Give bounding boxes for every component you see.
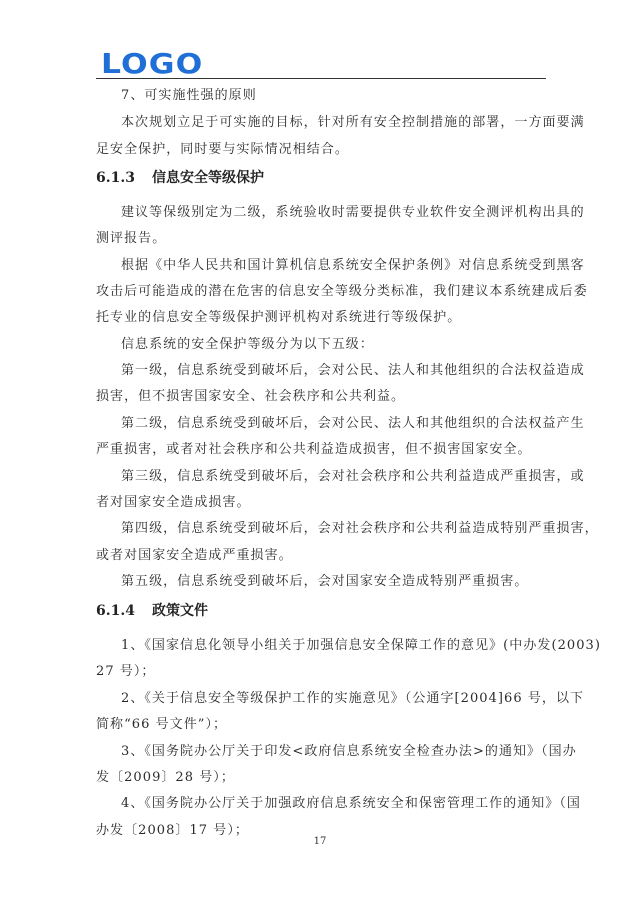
- section-heading-6-1-4: 6.1.4政策文件: [96, 601, 208, 621]
- paragraph-line: 信息系统的安全保护等级分为以下五级：: [121, 335, 581, 355]
- level-3-line: 者对国家安全造成损害。: [96, 493, 556, 513]
- paragraph-line: 测评报告。: [96, 229, 556, 249]
- level-5-line: 第五级，信息系统受到破坏后，会对国家安全造成特别严重损害。: [121, 572, 581, 592]
- paragraph-line: 建议等保级别定为二级，系统验收时需要提供专业软件安全测评机构出具的: [121, 203, 581, 223]
- policy-doc-1-line: 1、《国家信息化领导小组关于加强信息安全保障工作的意见》(中办发(2003): [121, 636, 581, 656]
- policy-doc-3-line: 发〔2009〕28 号）；: [96, 768, 556, 788]
- section-title: 信息安全等级保护: [152, 170, 264, 186]
- section-number: 6.1.3: [96, 168, 152, 188]
- level-2-line: 严重损害，或者对社会秩序和公共利益造成损害，但不损害国家安全。: [96, 440, 556, 460]
- logo: LOGO: [101, 49, 203, 79]
- policy-doc-2-line: 简称“66 号文件”）；: [96, 715, 556, 735]
- principle-7-title: 7、可实施性强的原则: [121, 86, 581, 106]
- policy-doc-2-line: 2、《关于信息安全等级保护工作的实施意见》（公通字[2004]66 号，以下: [121, 689, 581, 709]
- level-2-line: 第二级，信息系统受到破坏后，会对公民、法人和其他组织的合法权益产生: [121, 414, 581, 434]
- level-3-line: 第三级，信息系统受到破坏后，会对社会秩序和公共利益造成严重损害，或: [121, 467, 581, 487]
- paragraph-line: 本次规划立足于可实施的目标，针对所有安全控制措施的部署，一方面要满: [121, 113, 581, 133]
- level-1-line: 第一级，信息系统受到破坏后，会对公民、法人和其他组织的合法权益造成: [121, 361, 581, 381]
- level-4-line: 第四级，信息系统受到破坏后，会对社会秩序和公共利益造成特别严重损害，: [121, 519, 581, 539]
- level-4-line: 或者对国家安全造成严重损害。: [96, 546, 556, 566]
- section-heading-6-1-3: 6.1.3信息安全等级保护: [96, 168, 264, 188]
- policy-doc-1-line: 27 号）；: [96, 662, 556, 682]
- paragraph-line: 足安全保护，同时要与实际情况相结合。: [96, 140, 556, 160]
- paragraph-line: 攻击后可能造成的潜在危害的信息安全等级分类标准，我们建议本系统建成后委: [96, 282, 556, 302]
- paragraph-line: 托专业的信息安全等级保护测评机构对系统进行等级保护。: [96, 308, 556, 328]
- page-number: 17: [0, 836, 640, 847]
- section-title: 政策文件: [152, 603, 208, 619]
- section-number: 6.1.4: [96, 601, 152, 621]
- header-divider: [96, 78, 546, 79]
- policy-doc-4-line: 4、《国务院办公厅关于加强政府信息系统安全和保密管理工作的通知》（国: [121, 794, 581, 814]
- paragraph-line: 根据《中华人民共和国计算机信息系统安全保护条例》对信息系统受到黑客: [121, 256, 581, 276]
- level-1-line: 损害，但不损害国家安全、社会秩序和公共利益。: [96, 387, 556, 407]
- policy-doc-3-line: 3、《国务院办公厅关于印发<政府信息系统安全检查办法>的通知》（国办: [121, 742, 581, 762]
